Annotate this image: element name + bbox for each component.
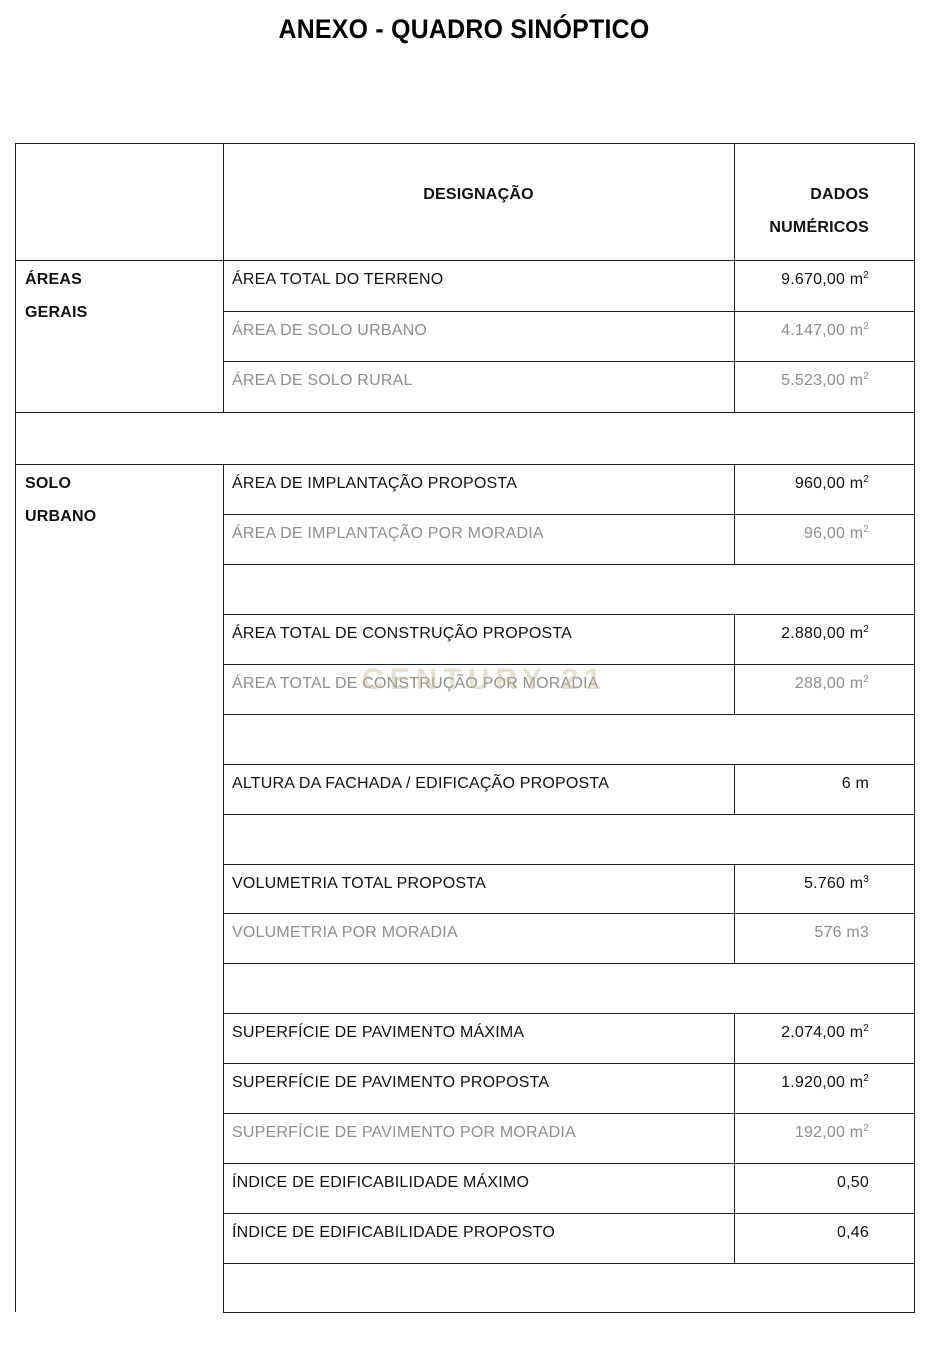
row-value: 6 m [734, 775, 869, 793]
column-divider [223, 1263, 224, 1312]
row-value: 288,00 m2 [734, 675, 869, 693]
row-value: 4.147,00 m2 [734, 322, 869, 340]
column-divider [223, 913, 224, 963]
row-designation: ÁREA DE IMPLANTAÇÃO PROPOSTA [232, 475, 517, 493]
group-label-solo-urbano: URBANO [25, 508, 96, 526]
row-value: 0,46 [734, 1224, 869, 1242]
column-divider [223, 714, 224, 764]
row-border [223, 514, 915, 515]
row-border [223, 1263, 915, 1264]
header-dados: DADOS [734, 186, 869, 204]
row-border [223, 311, 915, 312]
column-divider [223, 963, 224, 1013]
row-designation: ÁREA TOTAL DE CONSTRUÇÃO PROPOSTA [232, 625, 572, 643]
column-divider [223, 664, 224, 714]
row-border [223, 564, 915, 565]
row-border [223, 864, 915, 865]
row-designation: ÁREA DE IMPLANTAÇÃO POR MORADIA [232, 525, 544, 543]
group-label-areas-gerais: ÁREAS [25, 271, 82, 289]
row-value: 0,50 [734, 1174, 869, 1192]
row-designation: ÍNDICE DE EDIFICABILIDADE PROPOSTO [232, 1224, 555, 1242]
header-designacao: DESIGNAÇÃO [223, 186, 734, 204]
row-value: 96,00 m2 [734, 525, 869, 543]
column-divider [223, 1013, 224, 1063]
column-divider [223, 260, 224, 311]
row-designation: ÁREA TOTAL DO TERRENO [232, 271, 443, 289]
row-value: 1.920,00 m2 [734, 1074, 869, 1092]
row-value: 5.523,00 m2 [734, 372, 869, 390]
row-border [223, 1013, 915, 1014]
row-value: 192,00 m2 [734, 1124, 869, 1142]
row-border [223, 963, 915, 964]
header-numericos: NUMÉRICOS [734, 219, 869, 237]
row-border [223, 1213, 915, 1214]
watermark: CENTURY 21 [362, 663, 607, 697]
row-border [15, 464, 915, 465]
column-divider [223, 1063, 224, 1113]
column-divider [223, 311, 224, 361]
column-divider [223, 614, 224, 664]
row-designation: SUPERFÍCIE DE PAVIMENTO POR MORADIA [232, 1124, 576, 1142]
column-divider [223, 1163, 224, 1213]
row-border [223, 614, 915, 615]
row-designation: VOLUMETRIA POR MORADIA [232, 924, 458, 942]
row-border [223, 714, 915, 715]
column-divider [223, 514, 224, 564]
column-divider [223, 1213, 224, 1263]
row-value: 960,00 m2 [734, 475, 869, 493]
row-designation: ÁREA DE SOLO URBANO [232, 322, 427, 340]
row-border [223, 361, 915, 362]
row-designation: VOLUMETRIA TOTAL PROPOSTA [232, 875, 486, 893]
row-border [223, 1163, 915, 1164]
row-border [15, 260, 915, 261]
table-right-border [914, 143, 915, 1313]
row-border [223, 764, 915, 765]
column-divider [223, 1113, 224, 1163]
row-value: 576 m3 [734, 924, 869, 942]
column-divider [223, 814, 224, 864]
row-designation: ÁREA DE SOLO RURAL [232, 372, 413, 390]
column-divider [223, 361, 224, 412]
column-divider [223, 764, 224, 814]
row-value: 2.880,00 m2 [734, 625, 869, 643]
row-border [223, 913, 915, 914]
row-designation: ALTURA DA FACHADA / EDIFICAÇÃO PROPOSTA [232, 775, 609, 793]
group-label-areas-gerais: GERAIS [25, 304, 88, 322]
group-label-solo-urbano: SOLO [25, 475, 71, 493]
table-left-border [15, 143, 16, 1312]
row-value: 2.074,00 m2 [734, 1024, 869, 1042]
row-border [223, 1113, 915, 1114]
row-designation: SUPERFÍCIE DE PAVIMENTO PROPOSTA [232, 1074, 549, 1092]
row-border [223, 1063, 915, 1064]
document-title: ANEXO - QUADRO SINÓPTICO [37, 14, 891, 45]
row-border [223, 814, 915, 815]
table-bottom-border [223, 1312, 915, 1313]
row-border [15, 412, 915, 413]
column-divider [223, 864, 224, 913]
column-divider [223, 464, 224, 514]
row-designation: ÍNDICE DE EDIFICABILIDADE MÁXIMO [232, 1174, 529, 1192]
row-value: 5.760 m3 [734, 875, 869, 893]
row-designation: SUPERFÍCIE DE PAVIMENTO MÁXIMA [232, 1024, 524, 1042]
row-value: 9.670,00 m2 [734, 271, 869, 289]
column-divider [223, 564, 224, 614]
table-top-border [15, 143, 915, 144]
